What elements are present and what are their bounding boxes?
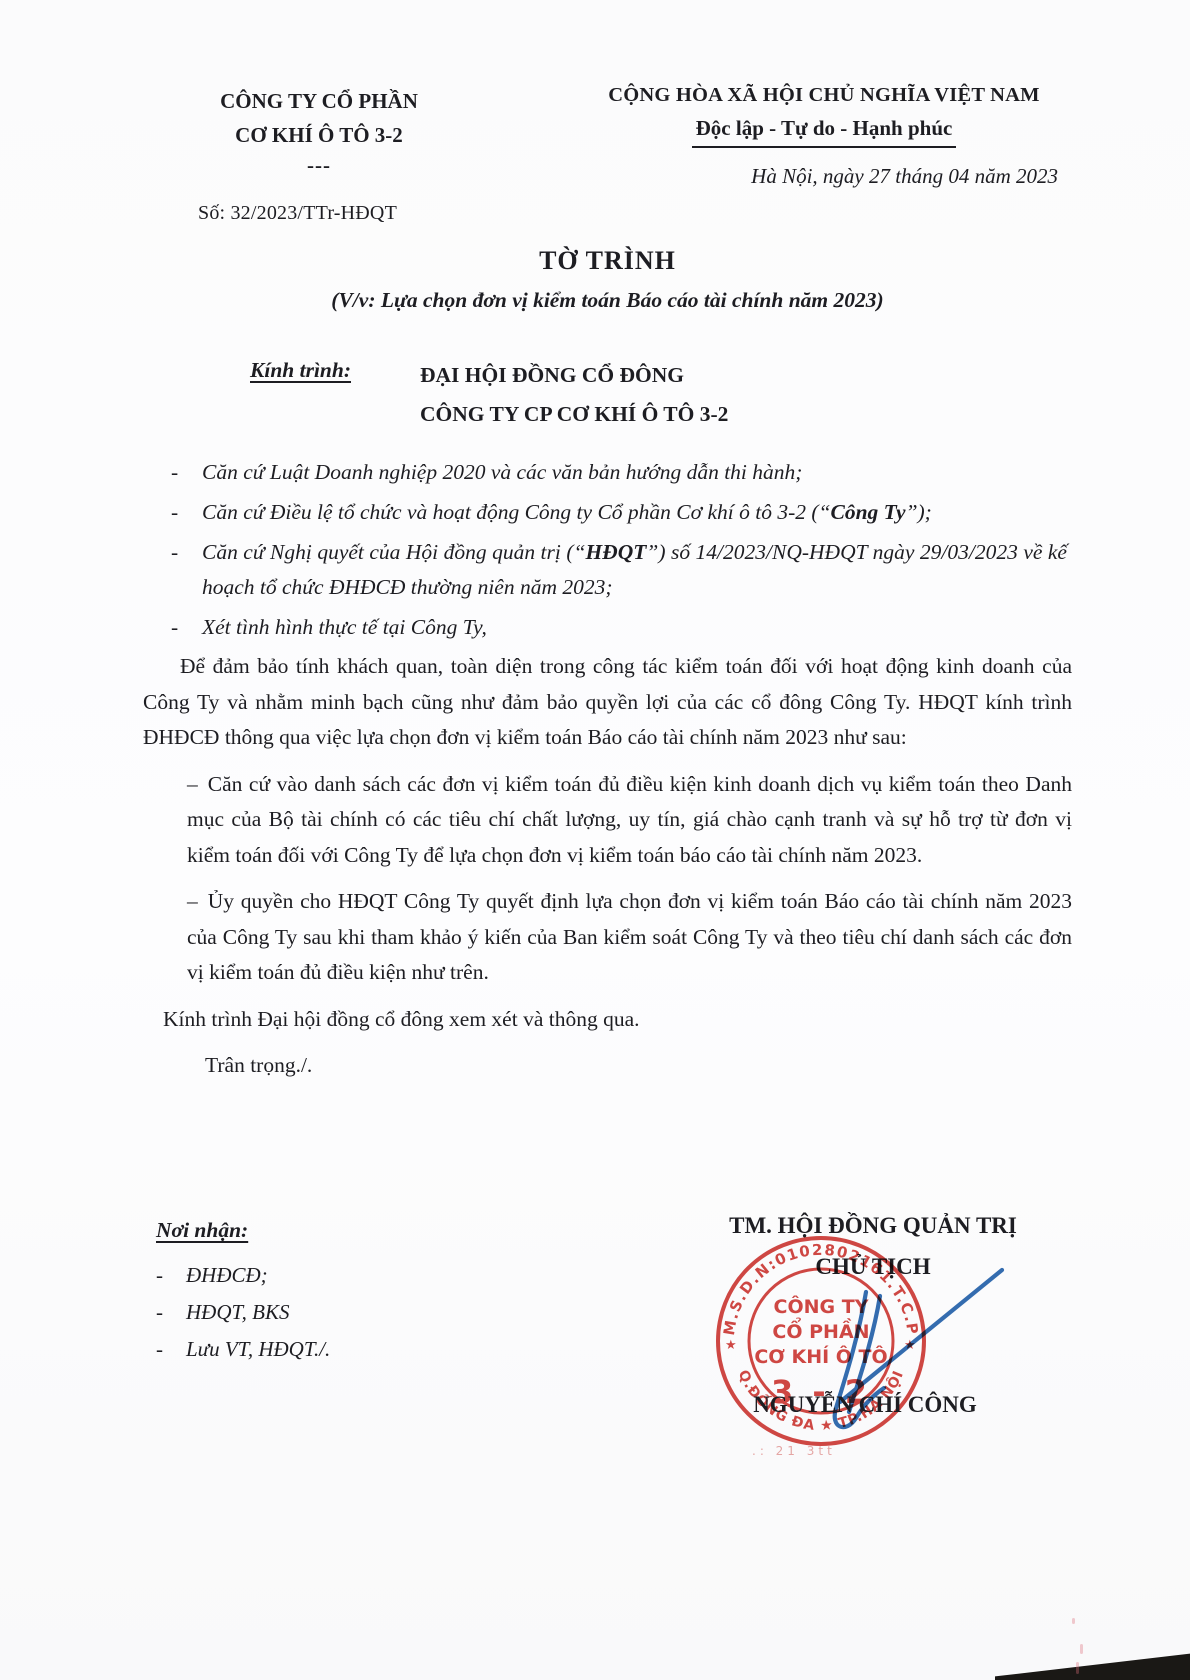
legal-basis-text: Căn cứ Luật Doanh nghiệp 2020 và các văn… [202,460,802,484]
legal-basis-item: -Căn cứ Nghị quyết của Hội đồng quản trị… [171,535,1067,605]
option-paragraph-2: –Ủy quyền cho HĐQT Công Ty quyết định lự… [187,884,1072,991]
legal-basis-text: Xét tình hình thực tế tại Công Ty, [202,615,487,639]
scan-speck [1072,1618,1075,1624]
list-dash-marker: - [171,455,202,490]
list-dash-marker: - [171,535,202,570]
closing-line-1: Kính trình Đại hội đồng cổ đông xem xét … [163,1002,1072,1038]
addressee-block: ĐẠI HỘI ĐỒNG CỔ ĐÔNG CÔNG TY CP CƠ KHÍ Ô… [420,356,728,434]
legal-basis-item: -Căn cứ Luật Doanh nghiệp 2020 và các vă… [171,455,1067,490]
scan-speck [1080,1644,1083,1654]
national-motto: Độc lập - Tự do - Hạnh phúc [692,116,957,148]
option-text-1: Căn cứ vào danh sách các đơn vị kiểm toá… [187,772,1072,867]
list-dash-marker: - [156,1294,186,1331]
legal-basis-text: Căn cứ Điều lệ tổ chức và hoạt động Công… [202,500,932,524]
list-dash-marker: - [156,1257,186,1294]
legal-basis-text: Căn cứ Nghị quyết của Hội đồng quản trị … [202,540,1067,599]
legal-bases-list: -Căn cứ Luật Doanh nghiệp 2020 và các vă… [143,455,1067,650]
recipient-item: -Lưu VT, HĐQT./. [156,1331,330,1368]
issuer-company-line1: CÔNG TY CỔ PHẦN [198,84,440,118]
scanned-document-page: CÔNG TY CỔ PHẦN CƠ KHÍ Ô TÔ 3-2 --- Số: … [0,0,1190,1680]
issuer-company-line2: CƠ KHÍ Ô TÔ 3-2 [198,118,440,152]
recipient-item: -ĐHĐCĐ; [156,1257,330,1294]
recipients-block: Nơi nhận: -ĐHĐCĐ; -HĐQT, BKS -Lưu VT, HĐ… [156,1218,330,1368]
recipient-text: HĐQT, BKS [186,1294,289,1331]
signer-name: NGUYỄN CHÍ CÔNG [700,1392,1030,1418]
recipient-text: Lưu VT, HĐQT./. [186,1331,330,1368]
handwritten-signature [690,1218,1020,1463]
closing-line-2: Trân trọng./. [205,1048,1072,1084]
intro-paragraph: Để đảm bảo tính khách quan, toàn diện tr… [143,649,1072,756]
option-dash-marker: – [187,772,198,796]
addressee-line2: CÔNG TY CP CƠ KHÍ Ô TÔ 3-2 [420,395,728,434]
list-dash-marker: - [156,1331,186,1368]
scan-edge-artifact [995,1650,1190,1680]
document-number: Số: 32/2023/TTr-HĐQT [198,196,440,230]
national-title: CỘNG HÒA XÃ HỘI CHỦ NGHĨA VIỆT NAM [588,84,1060,107]
option-dash-marker: – [187,889,198,913]
document-body: Để đảm bảo tính khách quan, toàn diện tr… [143,649,1072,1095]
stamp-smudge-artifact: .: 21 3tt [752,1444,836,1458]
recipient-text: ĐHĐCĐ; [186,1257,268,1294]
option-paragraph-1: –Căn cứ vào danh sách các đơn vị kiểm to… [187,767,1072,874]
document-subtitle: (V/v: Lựa chọn đơn vị kiểm toán Báo cáo … [143,288,1072,313]
scan-speck [1076,1662,1079,1674]
addressee-label: Kính trình: [250,358,351,383]
recipient-item: -HĐQT, BKS [156,1294,330,1331]
list-dash-marker: - [171,610,202,645]
place-date-line: Hà Nội, ngày 27 tháng 04 năm 2023 [588,164,1060,189]
issuer-block: CÔNG TY CỔ PHẦN CƠ KHÍ Ô TÔ 3-2 --- Số: … [198,84,440,230]
option-text-2: Ủy quyền cho HĐQT Công Ty quyết định lựa… [187,889,1072,984]
national-header-block: CỘNG HÒA XÃ HỘI CHỦ NGHĨA VIỆT NAM Độc l… [588,84,1060,189]
legal-basis-item: -Căn cứ Điều lệ tổ chức và hoạt động Côn… [171,495,1067,530]
document-title: TỜ TRÌNH [143,246,1072,276]
legal-basis-item: -Xét tình hình thực tế tại Công Ty, [171,610,1067,645]
title-block: TỜ TRÌNH (V/v: Lựa chọn đơn vị kiểm toán… [143,246,1072,313]
issuer-divider: --- [198,152,440,178]
list-dash-marker: - [171,495,202,530]
addressee-line1: ĐẠI HỘI ĐỒNG CỔ ĐÔNG [420,356,728,395]
recipients-label: Nơi nhận: [156,1218,330,1243]
